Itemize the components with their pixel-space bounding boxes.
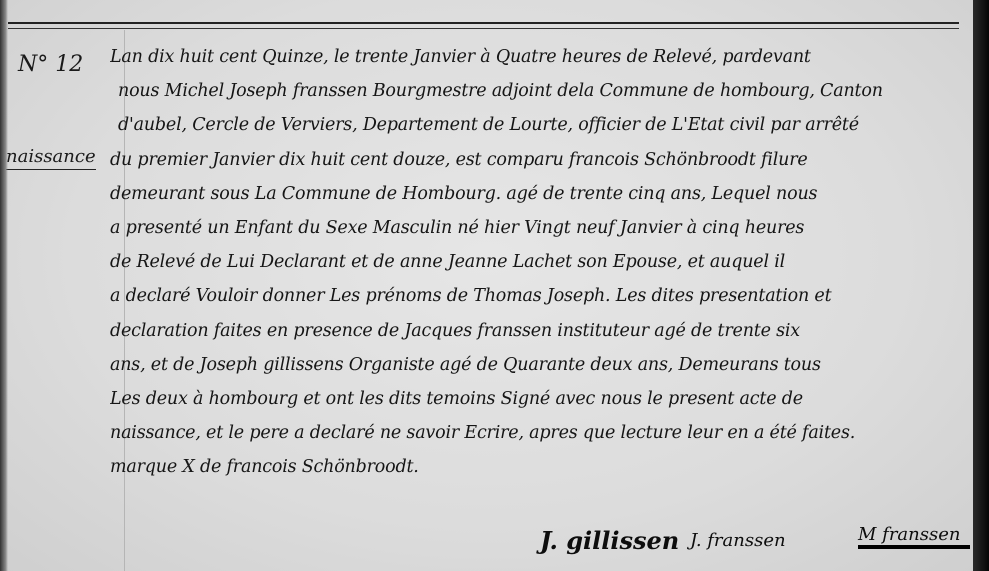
record-line: a presenté un Enfant du Sexe Masculin né…	[110, 211, 970, 245]
record-line: Lan dix huit cent Quinze, le trente Janv…	[110, 40, 970, 74]
record-line: nous Michel Joseph franssen Bourgmestre …	[110, 74, 970, 108]
document-page: N° 12 naissance Lan dix huit cent Quinze…	[0, 0, 975, 571]
record-line: declaration faites en presence de Jacque…	[110, 314, 970, 348]
signature-block: J. gillissen J. franssen M franssen	[540, 522, 970, 566]
record-line: d'aubel, Cercle de Verviers, Departement…	[110, 108, 970, 142]
record-body: Lan dix huit cent Quinze, le trente Janv…	[110, 40, 970, 484]
record-line-mark: marque X de francois Schönbroodt.	[110, 450, 970, 484]
signature-witness-franssen: J. franssen	[690, 530, 786, 551]
record-line: ans, et de Joseph gillissens Organiste a…	[110, 348, 970, 382]
page-right-edge-shadow	[973, 0, 989, 571]
record-line: a declaré Vouloir donner Les prénoms de …	[110, 279, 970, 313]
record-line: Les deux à hombourg et ont les dits temo…	[110, 382, 970, 416]
margin-label-naissance: naissance	[6, 146, 96, 170]
record-line: naissance, et le pere a declaré ne savoi…	[110, 416, 970, 450]
signature-witness-gillissen: J. gillissen	[540, 526, 679, 555]
entry-number: N° 12	[18, 52, 83, 77]
record-line: du premier Janvier dix huit cent douze, …	[110, 143, 970, 177]
previous-entry-fragment	[0, 0, 959, 20]
record-line: demeurant sous La Commune de Hombourg. a…	[110, 177, 970, 211]
record-line: de Relevé de Lui Declarant et de anne Je…	[110, 245, 970, 279]
signature-officer-franssen: M franssen	[858, 524, 970, 549]
entry-separator-rule	[8, 22, 959, 29]
page-left-edge	[0, 0, 8, 571]
